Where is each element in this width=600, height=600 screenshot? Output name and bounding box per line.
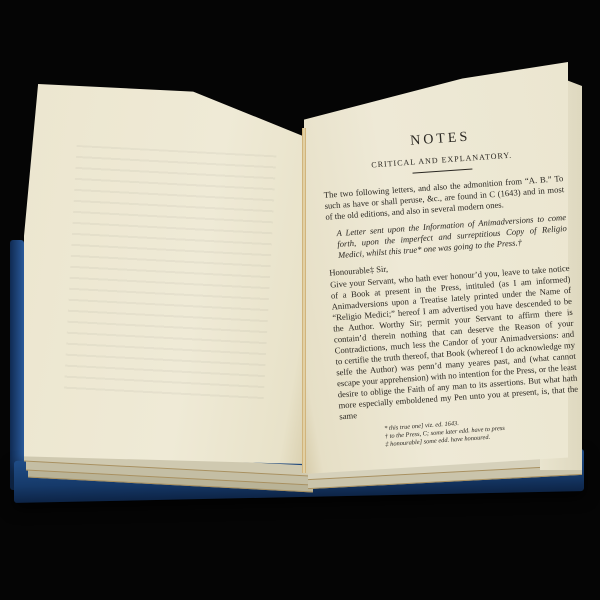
letter-body: Give your Servant, who hath ever honour’… bbox=[330, 263, 579, 422]
heading-rule bbox=[413, 168, 473, 173]
book-photo: NOTES CRITICAL AND EXPLANATORY. The two … bbox=[0, 0, 600, 600]
book-gutter bbox=[302, 128, 306, 473]
book-cover-spine-edge bbox=[10, 240, 24, 490]
show-through-text bbox=[64, 145, 277, 405]
right-page-text: NOTES CRITICAL AND EXPLANATORY. The two … bbox=[320, 123, 581, 452]
